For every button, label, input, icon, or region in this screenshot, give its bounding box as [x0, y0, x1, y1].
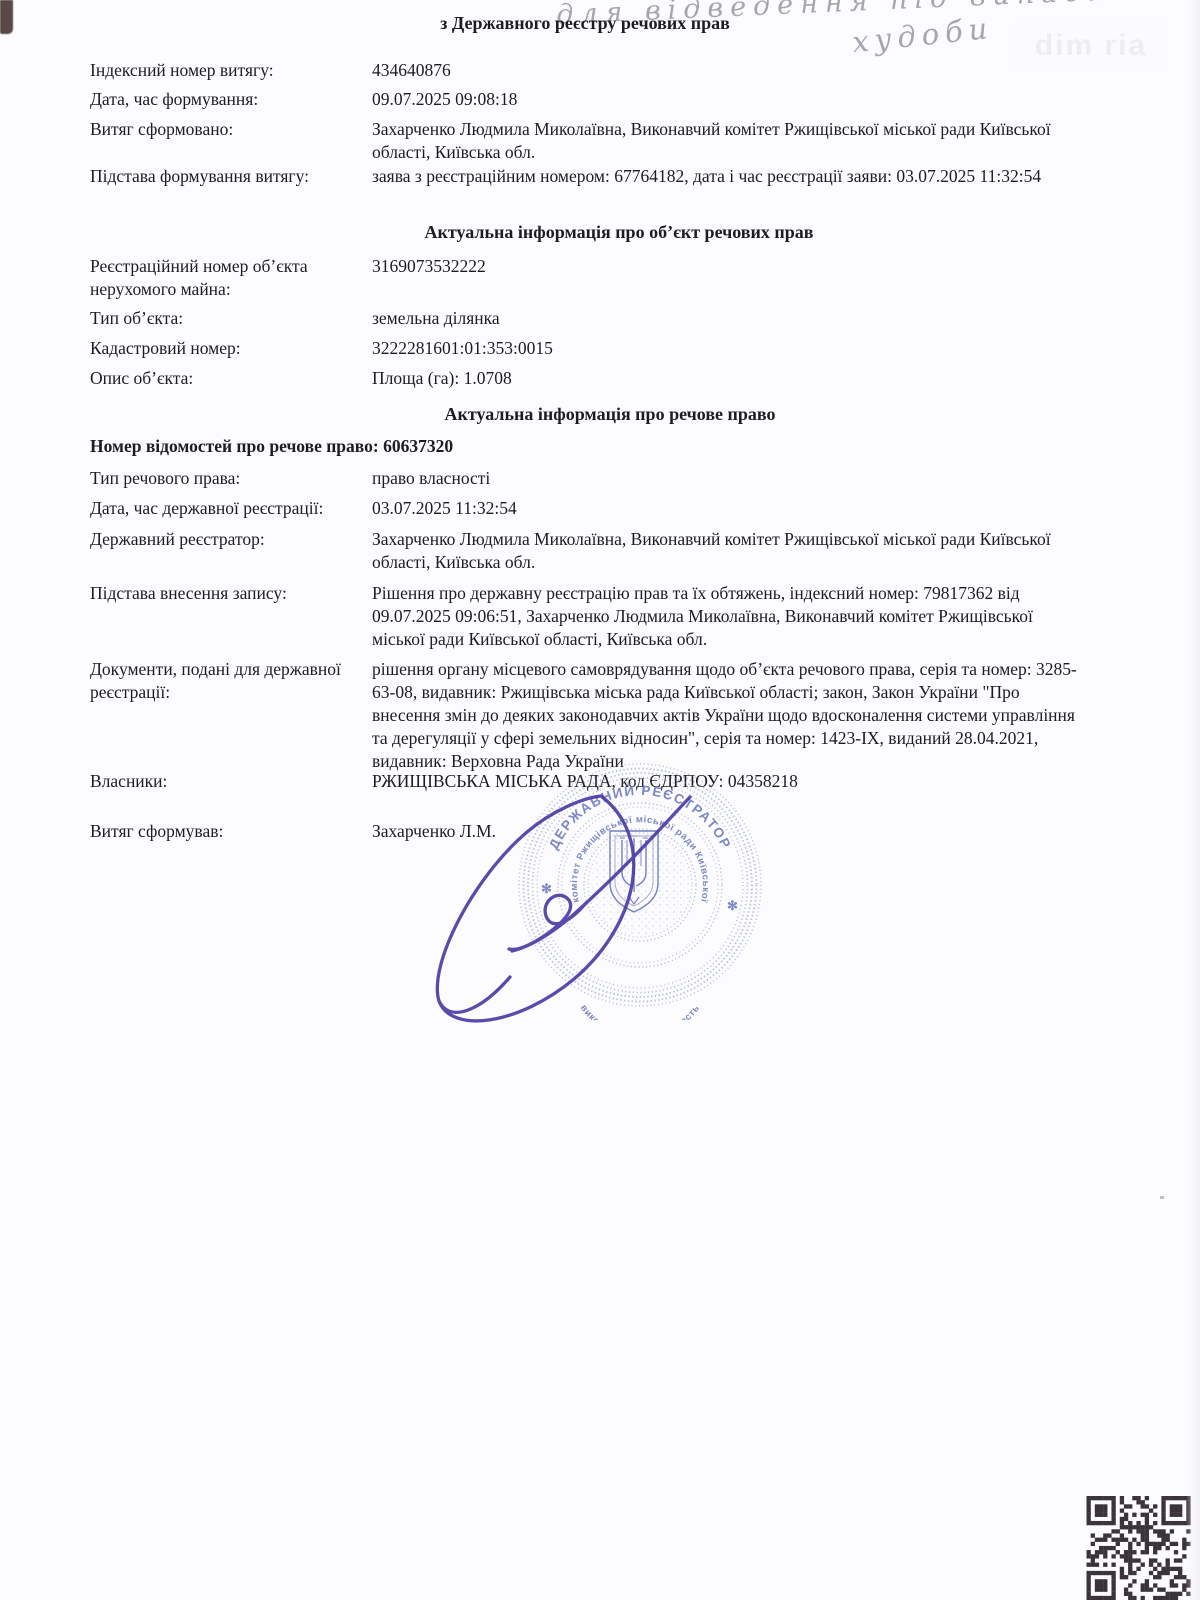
- field-value: земельна ділянка: [372, 307, 1087, 330]
- document-page: dim ria для відведення під випасання худ…: [0, 0, 1200, 1600]
- document-title: з Державного реєстру речових прав: [440, 13, 730, 34]
- field-value: 3222281601:01:353:0015: [372, 337, 1087, 360]
- field-label: Підстава формування витягу:: [90, 165, 372, 188]
- stamp-inner-text-bottom: виконавчий ✻ 1 ✻ область: [578, 1003, 702, 1020]
- handwritten-note-line2: худоби: [851, 11, 995, 60]
- field-label: Тип речового права:: [90, 467, 372, 490]
- section-header-right: Актуальна інформація про речове право: [444, 404, 775, 425]
- scan-speck: [1160, 1196, 1164, 1199]
- field-label: Підстава внесення запису:: [90, 582, 372, 605]
- field-value: Площа (га): 1.0708: [372, 367, 1087, 390]
- stamp-separator-right: ✻: [727, 898, 738, 913]
- field-label: Власники:: [90, 770, 372, 793]
- stamp-inner-texture: [590, 835, 690, 935]
- field-value: 3169073532222: [372, 255, 1087, 278]
- scan-corner-artifact: [0, 0, 13, 34]
- field-value: Захарченко Людмила Миколаївна, Виконавчи…: [372, 528, 1087, 574]
- field-value: 03.07.2025 11:32:54: [372, 497, 1087, 520]
- stamp-separator-left: ✻: [541, 881, 552, 896]
- field-value: Захарченко Людмила Миколаївна, Виконавчи…: [372, 118, 1087, 164]
- field-value: рішення органу місцевого самоврядування …: [372, 658, 1087, 773]
- trident-emblem: [610, 831, 658, 912]
- signature: [413, 778, 713, 1023]
- field-label: Індексний номер витягу:: [90, 59, 372, 82]
- field-value: право власності: [372, 467, 1087, 490]
- qr-code: [1086, 1496, 1191, 1600]
- record-number-value: 60637320: [383, 436, 453, 456]
- field-label: Витяг сформував:: [90, 820, 372, 843]
- field-label: Тип об’єкта:: [90, 307, 372, 330]
- record-number-line: Номер відомостей про речове право: 60637…: [90, 436, 453, 457]
- field-value: 434640876: [372, 59, 1087, 82]
- section-header-object: Актуальна інформація про об’єкт речових …: [424, 222, 813, 243]
- field-label: Реєстраційний номер об’єкта нерухомого м…: [90, 255, 372, 301]
- record-number-label: Номер відомостей про речове право:: [90, 436, 379, 456]
- field-value: Рішення про державну реєстрацію прав та …: [372, 582, 1087, 651]
- field-label: Кадастровий номер:: [90, 337, 372, 360]
- field-value: РЖИЩІВСЬКА МІСЬКА РАДА, код ЄДРПОУ: 0435…: [372, 770, 1087, 793]
- svg-text:виконавчий ✻ 1 ✻ область: виконавчий ✻ 1 ✻ область: [578, 1003, 702, 1020]
- field-label: Опис об’єкта:: [90, 367, 372, 390]
- field-value: Захарченко Л.М.: [372, 820, 1087, 843]
- field-value: 09.07.2025 09:08:18: [372, 88, 1087, 111]
- field-label: Витяг сформовано:: [90, 118, 372, 141]
- field-label: Документи, подані для державної реєстрац…: [90, 658, 372, 704]
- field-label: Державний реєстратор:: [90, 528, 372, 551]
- field-value: заява з реєстраційним номером: 67764182,…: [372, 165, 1087, 188]
- field-label: Дата, час формування:: [90, 88, 372, 111]
- field-label: Дата, час державної реєстрації:: [90, 497, 372, 520]
